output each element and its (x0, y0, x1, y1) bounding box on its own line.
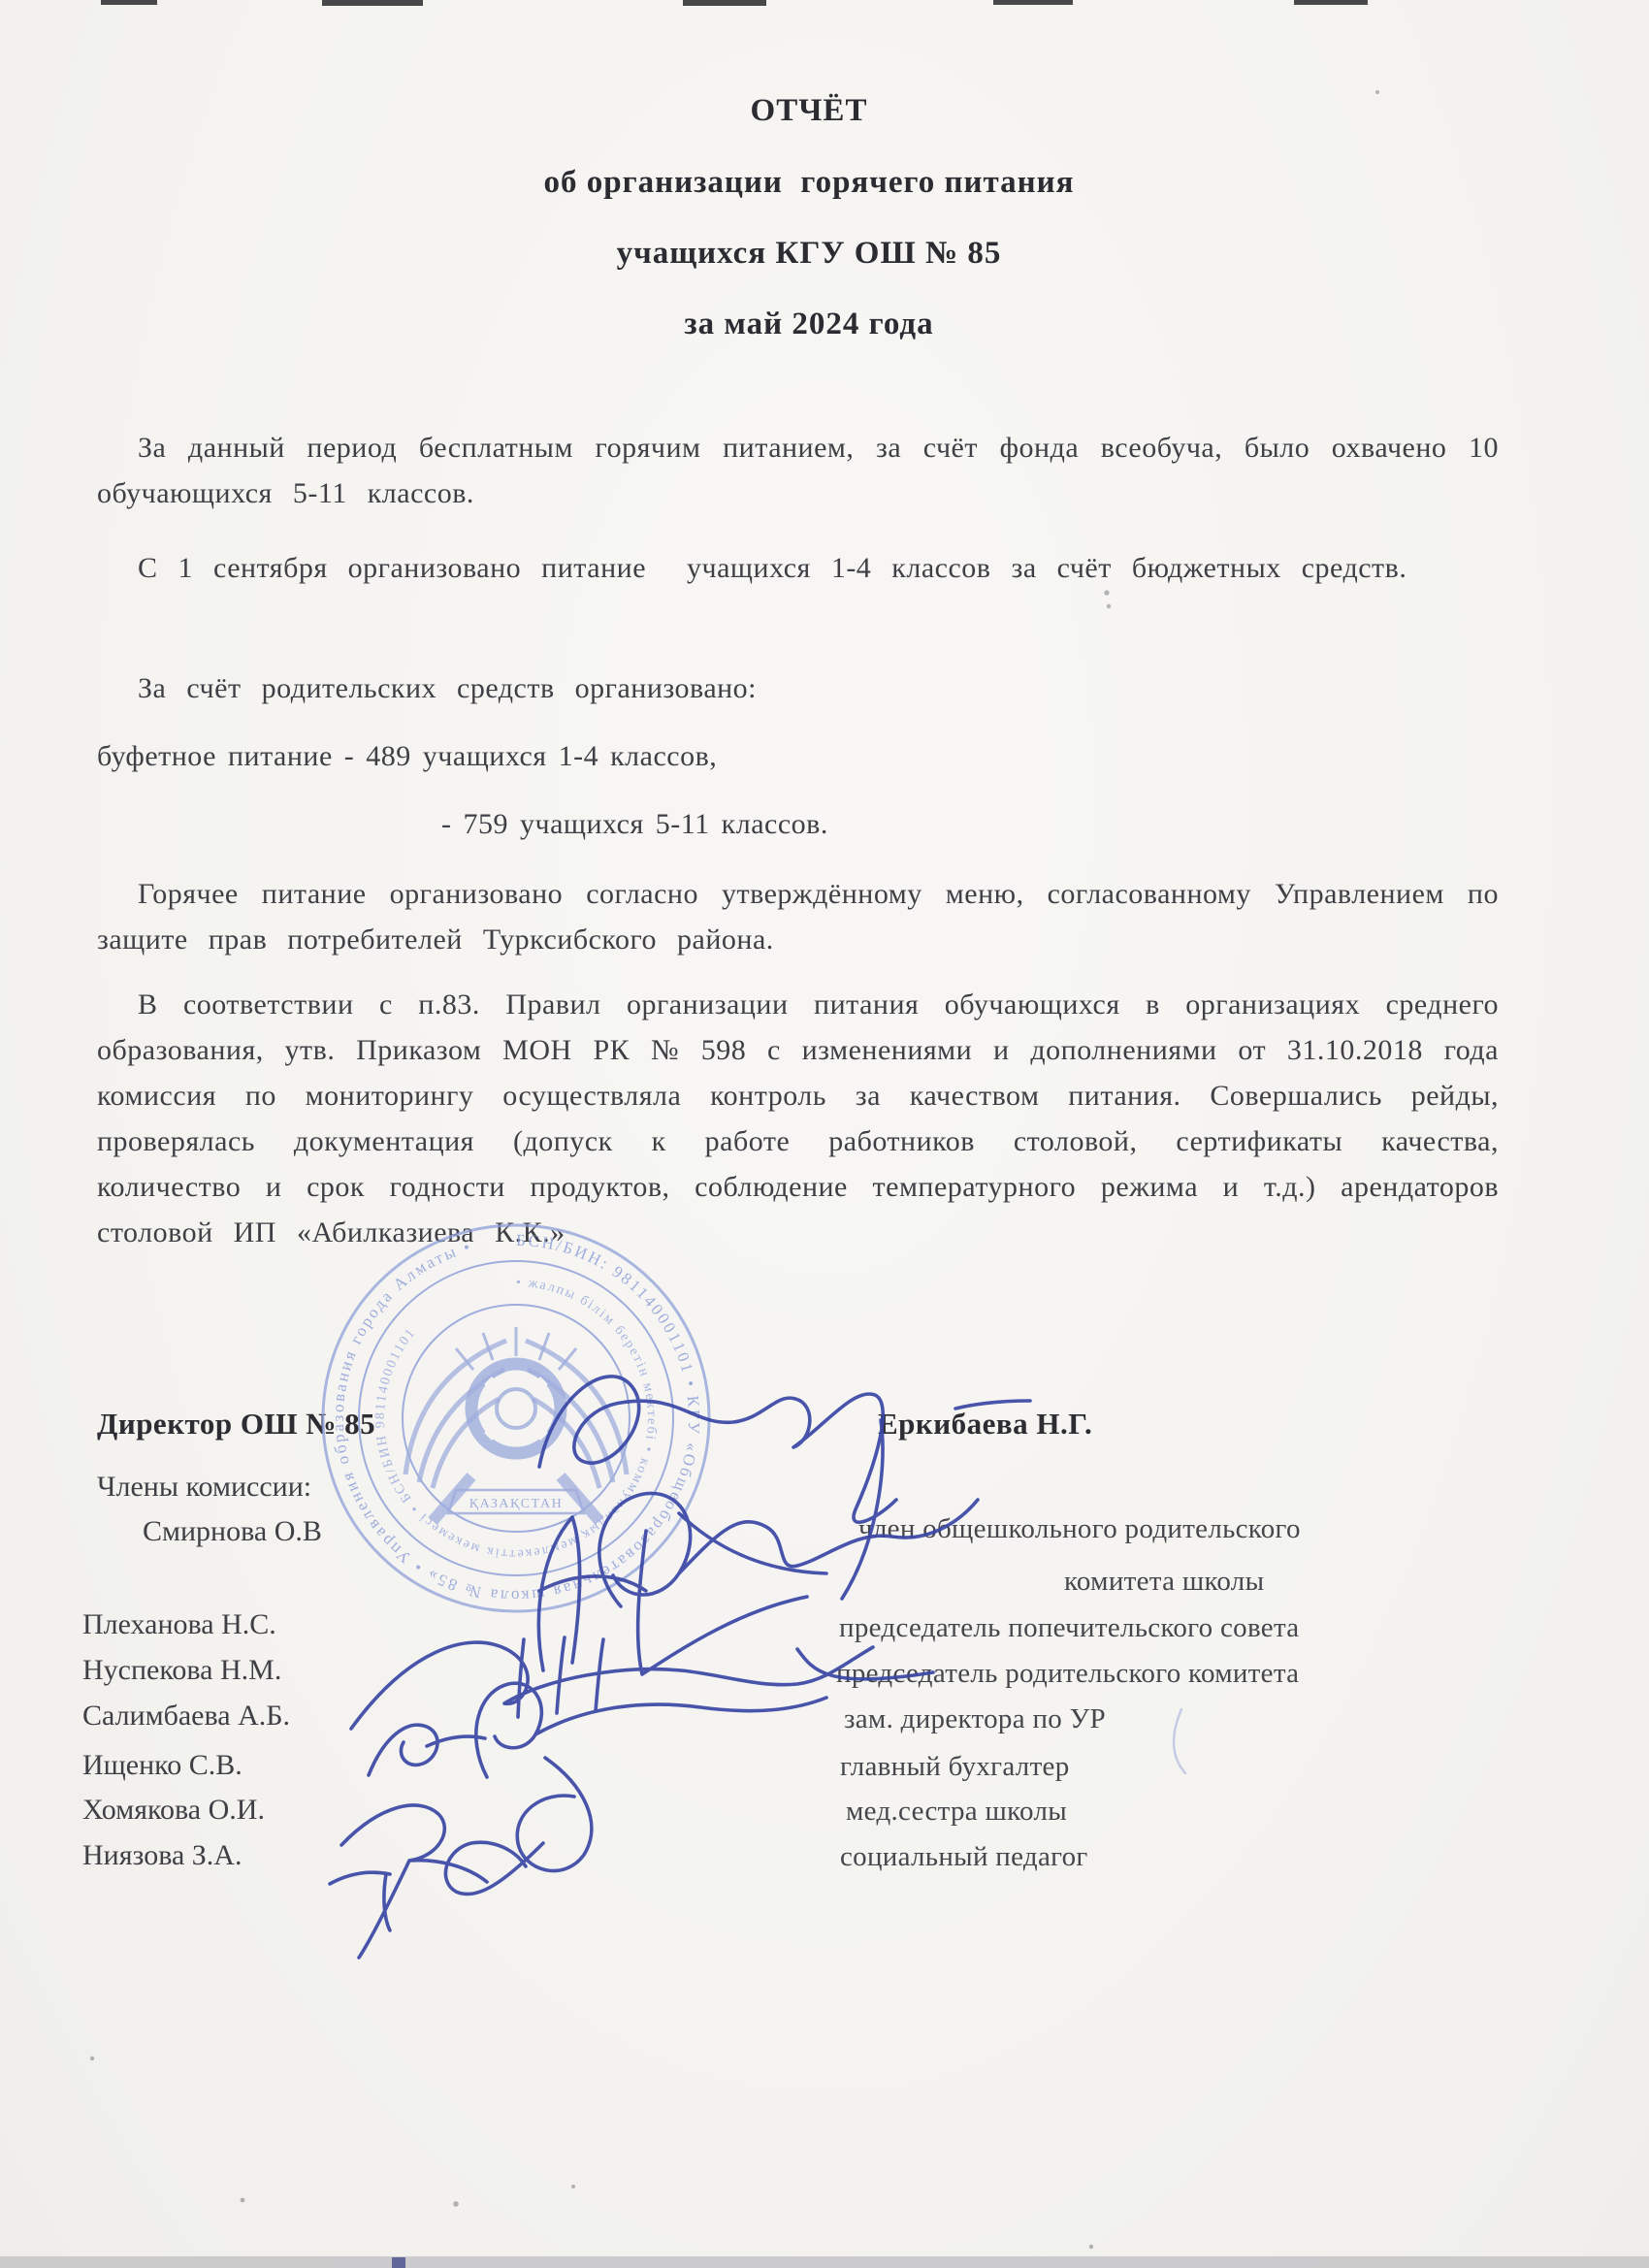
report-subtitle-2: учащихся КГУ ОШ № 85 (81, 236, 1536, 272)
member-name-nuspekova: Нуспекова Н.М. (82, 1654, 281, 1687)
stamp-outer-ring-text: БСН/БИН: 981140001101 • КГУ «Общеобразов… (329, 1231, 703, 1605)
signature-khomyakova (445, 1758, 591, 1895)
paragraph-monitoring: В соответствии с п.83. Правил организаци… (97, 982, 1499, 1255)
signature-niyazova (330, 1805, 487, 1958)
report-subtitle-1: об организации горячего питания (81, 165, 1536, 201)
member-name-plekhanova: Плеханова Н.С. (82, 1608, 276, 1641)
signature-director (539, 1377, 896, 1522)
member-name-salimbaeva: Салимбаева А.Б. (82, 1700, 290, 1733)
scan-bottom-strip (0, 2256, 1649, 2268)
member-role-ishchenko: главный бухгалтер (840, 1751, 1070, 1783)
scan-edge-marks (101, 0, 1368, 6)
member-role-nuspekova: председатель родительского комитета (836, 1658, 1299, 1690)
member-name-smirnova: Смирнова О.В (143, 1515, 322, 1548)
member-role-niyazova: социальный педагог (840, 1841, 1088, 1873)
commission-label: Члены комиссии: (97, 1471, 311, 1504)
director-label: Директор ОШ № 85 (97, 1407, 375, 1442)
scanned-report-page: ОТЧЁТ об организации горячего питания уч… (0, 0, 1649, 2268)
report-period: за май 2024 года (81, 307, 1536, 342)
paragraph-buffet-1-4: буфетное питание - 489 учащихся 1-4 клас… (97, 733, 717, 779)
member-role-plekhanova: председатель попечительского совета (839, 1612, 1299, 1644)
signature-salimbaeva (476, 1683, 826, 1777)
member-role-smirnova-line2: комитета школы (1064, 1566, 1264, 1598)
paragraph-approved-menu: Горячее питание организовано согласно ут… (97, 871, 1499, 962)
paragraph-buffet-5-11: - 759 учащихся 5-11 классов. (441, 801, 828, 847)
member-role-khomyakova: мед.сестра школы (846, 1796, 1067, 1828)
signature-ishchenko (369, 1725, 485, 1775)
director-name: Еркибаева Н.Г. (878, 1407, 1092, 1442)
member-name-khomyakova: Хомякова О.И. (82, 1794, 265, 1827)
stamp-emblem: ҚАЗАҚСТАН (405, 1327, 627, 1521)
stamp-center-text: ҚАЗАҚСТАН (469, 1497, 563, 1511)
paragraph-free-meals: За данный период бесплатным горячим пита… (97, 425, 1499, 516)
stamp-inner-ring-text: • жалпы білім беретін мектебі • коммунал… (373, 1276, 659, 1561)
stray-pen-mark (1174, 1709, 1185, 1773)
member-role-salimbaeva: зам. директора по УР (844, 1703, 1106, 1735)
paragraph-parent-funds: За счёт родительских средств организован… (97, 665, 1499, 711)
report-title: ОТЧЁТ (81, 93, 1536, 129)
member-name-niyazova: Ниязова З.А. (82, 1839, 242, 1872)
member-role-smirnova-line1: член общешкольного родительского (858, 1513, 1301, 1545)
signature-plekhanova (538, 1513, 826, 1674)
paragraph-budget-meals: С 1 сентября организовано питание учащих… (97, 545, 1499, 591)
official-stamp: БСН/БИН: 981140001101 • КГУ «Общеобразов… (323, 1225, 709, 1611)
member-name-ishchenko: Ищенко С.В. (82, 1749, 242, 1782)
